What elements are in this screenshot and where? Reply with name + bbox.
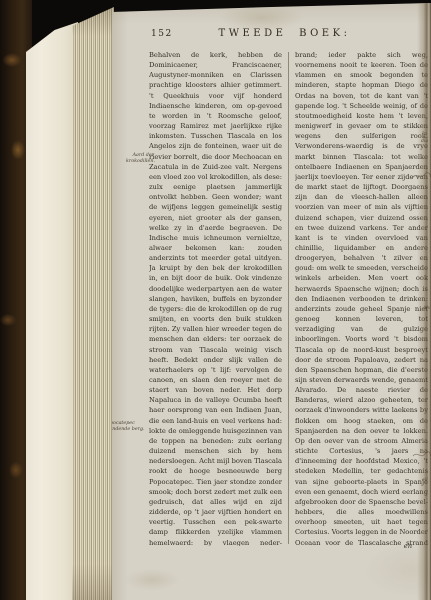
page-stack-smooth-edge xyxy=(26,0,78,600)
margin-note-crocodiles: Aard der krokodillen. xyxy=(126,153,154,165)
running-title: TWEEDE BOEK: xyxy=(182,28,387,39)
margin-note-fragment: dia xyxy=(421,139,428,145)
page-header: 152 TWEEDE BOEK: xyxy=(112,29,431,43)
column-divider-rule xyxy=(288,52,289,544)
catchword: en xyxy=(362,542,412,550)
page-stack-fore-edge xyxy=(72,0,114,600)
text-column-right: brand; ieder pakte sich weg, voornemens … xyxy=(295,50,428,546)
margin-note-fragment: eil xyxy=(422,478,428,484)
book-scan: 152 TWEEDE BOEK: Behalven de kerk, hebbe… xyxy=(0,0,431,600)
text-block: Behalven de kerk, hebben de Dominicaener… xyxy=(149,50,429,550)
book-page: 152 TWEEDE BOEK: Behalven de kerk, hebbe… xyxy=(112,0,431,600)
text-column-left: Behalven de kerk, hebben de Dominicaener… xyxy=(149,50,282,546)
page-number: 152 xyxy=(151,29,173,39)
margin-note-fragment: Alv xyxy=(423,306,430,312)
margin-note-fragment: In xyxy=(422,132,427,138)
